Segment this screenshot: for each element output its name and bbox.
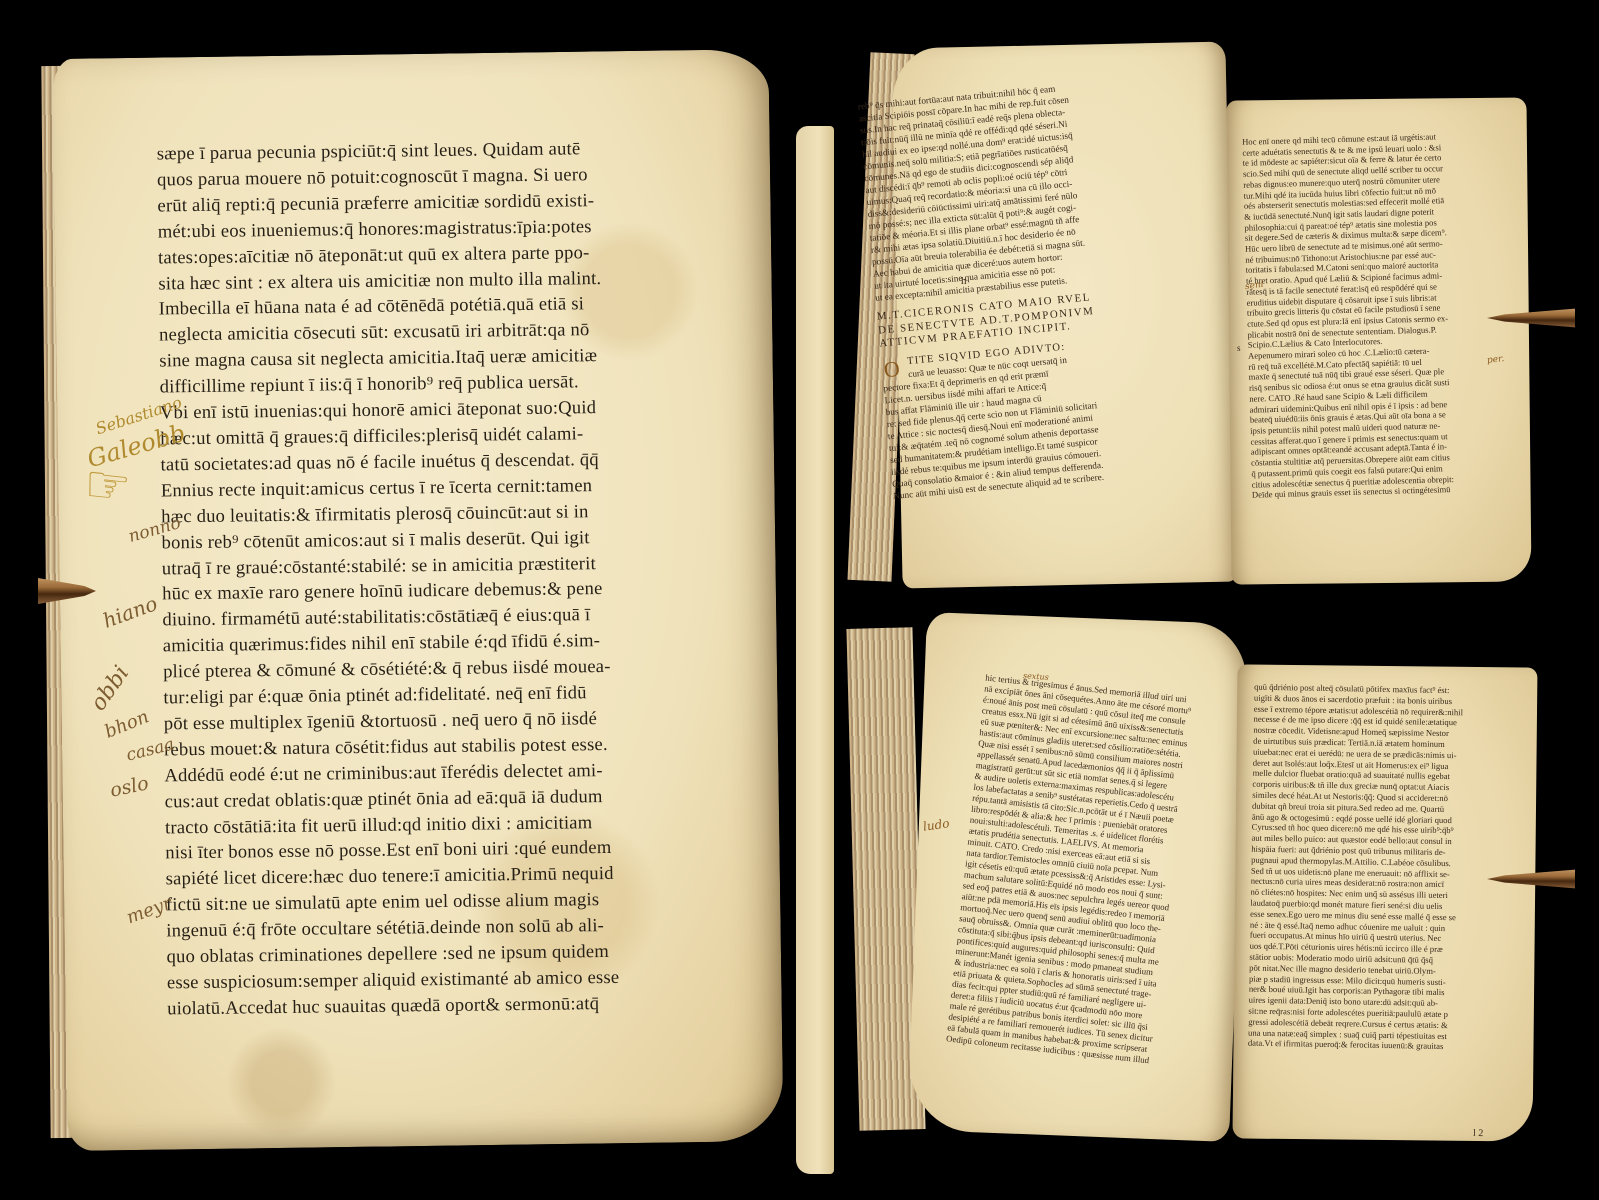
right-page-text: Hoc enī onere qd mihi tecū cōmune est:au… — [1242, 129, 1520, 500]
left-page-text: hic tertius & trigesimus é ānus.Sed memo… — [946, 672, 1257, 1073]
guide-letter-s: s — [1237, 343, 1241, 353]
guide-letter-h: h — [961, 275, 967, 287]
left-page-text: reb⁹ q̄s mihi:aut fortūa:aut nata tribui… — [857, 75, 1174, 501]
amicitia-closing-text: reb⁹ q̄s mihi:aut fortūa:aut nata tribui… — [857, 75, 1156, 304]
book-photo-collage: sæpe ī parua pecunia pspiciūt:q̄ sint le… — [0, 0, 1599, 1200]
right-page-text: quū q̄driénio post alteq̄ cōsulatū pōtif… — [1248, 682, 1526, 1054]
margin-gloss-right: per. — [1487, 354, 1505, 366]
manicule-icon: ☞ — [81, 454, 134, 519]
facing-page-strip — [796, 126, 834, 1174]
incipit-body: curā ue leuasso: Quæ te nūc coqt uersatq… — [882, 344, 1175, 501]
rubricated-initial: O — [883, 357, 901, 380]
signature-mark: l 2 — [1473, 1128, 1483, 1139]
printed-text-block: sæpe ī parua pecunia pspiciūt:q̄ sint le… — [157, 135, 730, 1023]
photo-spread-dialogue: sextus hic tertius & trigesimus é ānus.S… — [843, 600, 1563, 1156]
photo-spread-incipit: reb⁹ q̄s mihi:aut fortūa:aut nata tribui… — [843, 43, 1563, 592]
incipit-paragraph: O TITE SIQVID EGO ADIVTO: curā ue leuass… — [881, 331, 1175, 501]
photo-single-page: sæpe ī parua pecunia pspiciūt:q̄ sint le… — [40, 8, 836, 1192]
